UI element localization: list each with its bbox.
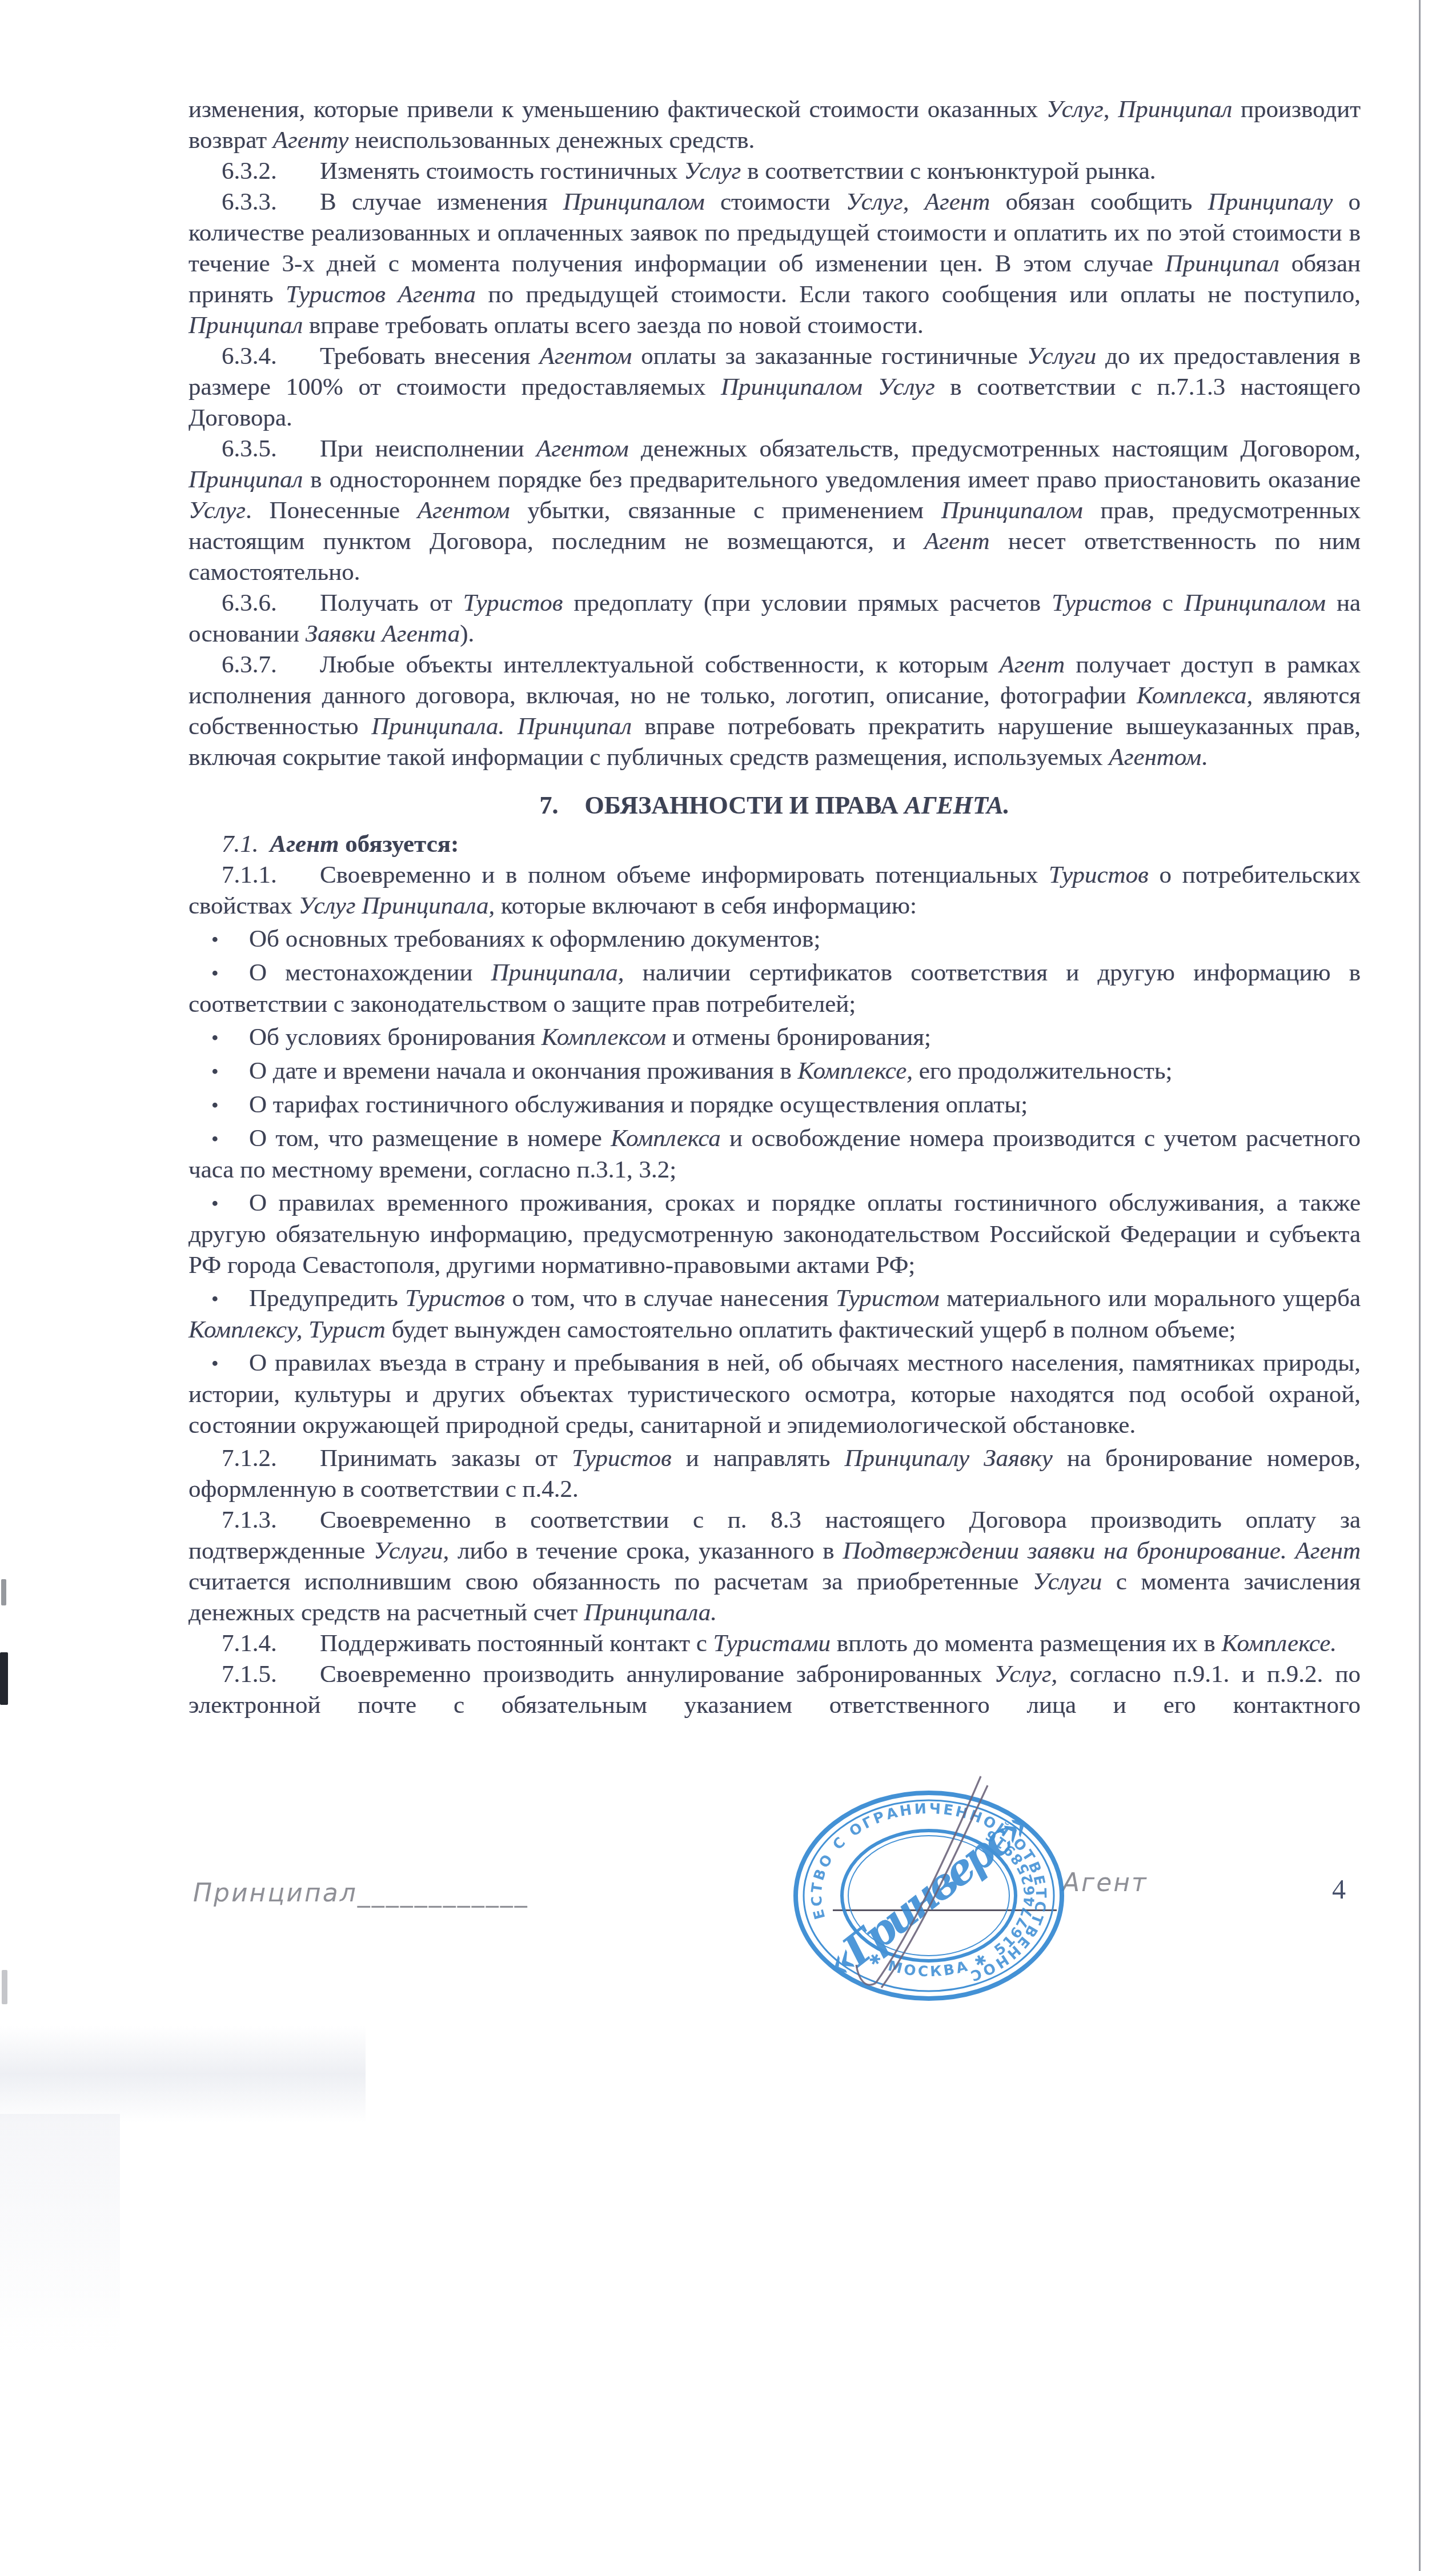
text-segment: его продолжительность; bbox=[913, 1058, 1172, 1084]
scan-artifact-mark bbox=[1, 1579, 6, 1605]
bullet-item: •Об основных требованиях к оформлению до… bbox=[188, 924, 1361, 955]
text-segment: по предыдущей стоимости. Если такого соо… bbox=[476, 281, 1361, 308]
text-segment: убытки, связанные с применением bbox=[510, 497, 941, 524]
text-segment: Принципалом bbox=[563, 189, 705, 215]
scan-artifact-mark bbox=[0, 1652, 8, 1705]
text-segment: материального или морального ущерба bbox=[940, 1285, 1361, 1312]
text-segment: Принципалом bbox=[1184, 590, 1326, 616]
text-segment: О тарифах гостиничного обслуживания и по… bbox=[249, 1091, 1028, 1118]
clause-number: 6.3.5. bbox=[222, 434, 320, 464]
text-segment: изменения, которые привели к уменьшению … bbox=[188, 96, 1046, 123]
text-segment: в соответствии с конъюнктурой рынка. bbox=[741, 158, 1156, 185]
clause-number: 6.3.3. bbox=[222, 187, 320, 218]
text-segment: Комплексе, bbox=[798, 1058, 913, 1084]
text-segment: Комплекса bbox=[611, 1125, 721, 1152]
bullet-marker: • bbox=[211, 1284, 249, 1315]
text-segment: Туристом bbox=[836, 1285, 940, 1312]
text-segment: . bbox=[1201, 744, 1208, 771]
agent-signature-label: Агент bbox=[1062, 1868, 1148, 1897]
text-segment: О местонахождении bbox=[249, 959, 491, 986]
bullet-marker: • bbox=[211, 1023, 249, 1054]
text-segment: денежных обязательств, предусмотренных н… bbox=[629, 435, 1361, 462]
text-segment: Услуги bbox=[1027, 343, 1097, 370]
text-segment: Принципал bbox=[1165, 250, 1279, 277]
text-segment: Поддерживать постоянный контакт с bbox=[320, 1630, 713, 1657]
text-segment: О правилах въезда в страну и пребывания … bbox=[188, 1349, 1361, 1439]
text-segment: Услуг bbox=[188, 497, 246, 524]
paragraph: 7.1.3.Своевременно в соответствии с п. 8… bbox=[188, 1505, 1361, 1628]
paragraph: 6.3.2.Изменять стоимость гостиничных Усл… bbox=[188, 156, 1361, 187]
paragraph: 6.3.7.Любые объекты интеллектуальной соб… bbox=[188, 650, 1361, 773]
scan-artifact-band bbox=[0, 2114, 120, 2354]
text-segment: Услуги bbox=[1033, 1568, 1102, 1595]
paragraph: 6.3.3.В случае изменения Принципалом сто… bbox=[188, 187, 1361, 341]
heading-number: 7. bbox=[540, 791, 559, 819]
text-segment: Туристов bbox=[463, 590, 563, 616]
text-segment: Услуг, Агент bbox=[846, 189, 990, 215]
text-segment: вплоть до момента размещения их в bbox=[831, 1630, 1221, 1657]
text-segment: Принципала. Принципал bbox=[371, 713, 632, 740]
bullet-item: •Об условиях бронирования Комплексом и о… bbox=[188, 1022, 1361, 1054]
paragraph: 7.1.4.Поддерживать постоянный контакт с … bbox=[188, 1628, 1361, 1659]
text-segment: ). bbox=[460, 620, 474, 647]
bullet-marker: • bbox=[211, 958, 249, 989]
text-segment: Комплексом bbox=[542, 1024, 666, 1051]
text-segment: Предупредить bbox=[249, 1285, 405, 1312]
text-segment: ОБЯЗАННОСТИ И ПРАВА bbox=[585, 791, 905, 819]
clause-number: 6.3.7. bbox=[222, 650, 320, 680]
clause-number: 7.1. bbox=[222, 829, 259, 860]
paragraph: 7.1.5.Своевременно производить аннулиров… bbox=[188, 1659, 1361, 1721]
text-segment: Изменять стоимость гостиничных bbox=[320, 158, 684, 185]
section-heading: 7.ОБЯЗАННОСТИ И ПРАВА АГЕНТА. bbox=[188, 790, 1361, 821]
clause-number: 7.1.3. bbox=[222, 1505, 320, 1536]
text-segment: О том, что размещение в номере bbox=[249, 1125, 611, 1152]
text-segment: обязан сообщить bbox=[990, 189, 1208, 215]
agent-label-text: Агент bbox=[1062, 1868, 1148, 1897]
text-segment: Туристов bbox=[1049, 862, 1149, 888]
text-segment: Принципал bbox=[188, 466, 303, 493]
text-segment: , bbox=[1104, 96, 1118, 123]
text-segment: В случае изменения bbox=[320, 189, 563, 215]
text-segment: предоплату (при условии прямых расчетов bbox=[563, 590, 1052, 616]
text-segment: Принципал bbox=[1118, 96, 1232, 123]
text-segment: О дате и времени начала и окончания прож… bbox=[249, 1058, 798, 1084]
text-segment: Туристов bbox=[1052, 590, 1152, 616]
paragraph: изменения, которые привели к уменьшению … bbox=[188, 94, 1361, 156]
text-segment: Услуги, bbox=[374, 1537, 449, 1564]
bullet-marker: • bbox=[211, 1056, 249, 1087]
text-segment: Принципалом bbox=[941, 497, 1083, 524]
text-segment: Комплексе. bbox=[1222, 1630, 1337, 1657]
text-segment: и отмены бронирования; bbox=[666, 1024, 931, 1051]
text-segment: Агентом bbox=[418, 497, 510, 524]
text-segment: Принципалом Услуг bbox=[721, 374, 935, 401]
bullet-item: •О том, что размещение в номере Комплекс… bbox=[188, 1123, 1361, 1186]
text-segment: Принимать заказы от bbox=[320, 1445, 572, 1472]
text-segment: стоимости bbox=[705, 189, 846, 215]
clause-number: 7.1.5. bbox=[222, 1659, 320, 1690]
text-segment: Агенту bbox=[273, 127, 349, 154]
scan-artifact-mark bbox=[2, 1970, 7, 2004]
text-segment: Заявки Агента bbox=[306, 620, 460, 647]
scan-artifact-band bbox=[0, 2025, 366, 2123]
text-segment: Принципал bbox=[188, 312, 303, 339]
page-number: 4 bbox=[1332, 1874, 1346, 1905]
text-segment: Об условиях бронирования bbox=[249, 1024, 542, 1051]
text-segment: . Понесенные bbox=[246, 497, 418, 524]
principal-signature-label: Принципал____________ bbox=[193, 1879, 529, 1908]
text-segment: Услуг bbox=[684, 158, 741, 185]
bullet-marker: • bbox=[211, 1188, 249, 1219]
bullet-marker: • bbox=[211, 924, 249, 955]
clause-number: 7.1.2. bbox=[222, 1443, 320, 1474]
principal-label-text: Принципал bbox=[193, 1879, 358, 1908]
paragraph: 6.3.6.Получать от Туристов предоплату (п… bbox=[188, 588, 1361, 650]
contract-page: изменения, которые привели к уменьшению … bbox=[0, 0, 1456, 2571]
text-segment: о том, что в случае нанесения bbox=[505, 1285, 836, 1312]
text-segment: Принципалу Заявку bbox=[844, 1445, 1052, 1472]
text-segment: Получать от bbox=[320, 590, 463, 616]
bullet-item: •Предупредить Туристов о том, что в случ… bbox=[188, 1283, 1361, 1345]
bullet-marker: • bbox=[211, 1090, 249, 1121]
text-segment: вправе требовать оплаты всего заезда по … bbox=[303, 312, 924, 339]
paragraph: 7.1.1.Своевременно и в полном объеме инф… bbox=[188, 860, 1361, 922]
text-segment: обязуется: bbox=[339, 831, 459, 858]
text-segment: Любые объекты интеллектуальной собственн… bbox=[320, 651, 1000, 678]
text-segment: будет вынужден самостоятельно оплатить ф… bbox=[386, 1316, 1236, 1343]
clause-number: 6.3.6. bbox=[222, 588, 320, 619]
bullet-item: •О тарифах гостиничного обслуживания и п… bbox=[188, 1090, 1361, 1121]
bullet-marker: • bbox=[211, 1348, 249, 1379]
paragraph: 6.3.5.При неисполнении Агентом денежных … bbox=[188, 434, 1361, 588]
text-segment: Своевременно производить аннулирование з… bbox=[320, 1661, 994, 1688]
text-segment: Туристов Агента bbox=[286, 281, 476, 308]
text-segment: Агент bbox=[270, 831, 339, 858]
text-segment: Услуг, bbox=[994, 1661, 1058, 1688]
text-segment: О правилах временного проживания, сроках… bbox=[188, 1190, 1361, 1279]
bullet-item: •О правилах временного проживания, срока… bbox=[188, 1188, 1361, 1281]
text-segment: Принципала. bbox=[584, 1599, 717, 1626]
bullet-item: •О дате и времени начала и окончания про… bbox=[188, 1056, 1361, 1087]
paragraph: 7.1.2.Принимать заказы от Туристов и нап… bbox=[188, 1443, 1361, 1505]
paragraph: 7.1.Агент обязуется: bbox=[188, 829, 1361, 860]
bullet-marker: • bbox=[211, 1124, 249, 1155]
text-segment: Подтверждении заявки на бронирование. Аг… bbox=[843, 1537, 1361, 1564]
text-segment: Комплекса, bbox=[1137, 682, 1253, 709]
text-segment: которые включают в себя информацию: bbox=[495, 892, 917, 919]
clause-number: 6.3.4. bbox=[222, 341, 320, 372]
text-segment: Требовать внесения bbox=[320, 343, 539, 370]
text-segment: оплаты за заказанные гостиничные bbox=[632, 343, 1026, 370]
text-segment: Принципалу bbox=[1208, 189, 1333, 215]
text-segment: Туристов bbox=[405, 1285, 505, 1312]
text-segment: При неисполнении bbox=[320, 435, 536, 462]
text-segment: Услуг Принципала, bbox=[299, 892, 495, 919]
text-segment: Об основных требованиях к оформлению док… bbox=[249, 926, 820, 952]
text-segment: Своевременно и в полном объеме информиро… bbox=[320, 862, 1049, 888]
text-segment: АГЕНТА. bbox=[905, 791, 1010, 819]
text-segment: считается исполнившим свою обязанность п… bbox=[188, 1568, 1033, 1595]
text-segment: Услуг bbox=[1046, 96, 1104, 123]
text-segment: Туристами bbox=[713, 1630, 831, 1657]
text-segment: Агентом bbox=[539, 343, 632, 370]
bullet-item: •О правилах въезда в страну и пребывания… bbox=[188, 1348, 1361, 1441]
text-segment: и направлять bbox=[672, 1445, 845, 1472]
text-segment: Туристов bbox=[572, 1445, 672, 1472]
clause-number: 7.1.4. bbox=[222, 1628, 320, 1659]
text-segment: с bbox=[1152, 590, 1184, 616]
bullet-item: •О местонахождении Принципала, наличии с… bbox=[188, 958, 1361, 1020]
principal-signature-blank: ____________ bbox=[358, 1879, 529, 1908]
paragraph: 6.3.4.Требовать внесения Агентом оплаты … bbox=[188, 341, 1361, 434]
text-segment: Агентом bbox=[536, 435, 629, 462]
text-segment: Агент bbox=[1000, 651, 1065, 678]
contract-body: изменения, которые привели к уменьшению … bbox=[188, 94, 1361, 1721]
text-segment: в одностороннем порядке без предваритель… bbox=[303, 466, 1361, 493]
text-segment: Принципала, bbox=[491, 959, 624, 986]
text-segment: неиспользованных денежных средств. bbox=[348, 127, 755, 154]
clause-number: 6.3.2. bbox=[222, 156, 320, 187]
scan-edge-line bbox=[1419, 0, 1421, 2571]
text-segment: Агент bbox=[924, 528, 990, 555]
text-segment: Агентом bbox=[1109, 744, 1201, 771]
text-segment: либо в течение срока, указанного в bbox=[449, 1537, 843, 1564]
text-segment: Комплексу, Турист bbox=[188, 1316, 386, 1343]
clause-number: 7.1.1. bbox=[222, 860, 320, 891]
company-stamp: ОБЩЕСТВО С ОГРАНИЧЕННОЙ ОТВЕТСТВЕННОСТЬЮ… bbox=[789, 1761, 1069, 2030]
